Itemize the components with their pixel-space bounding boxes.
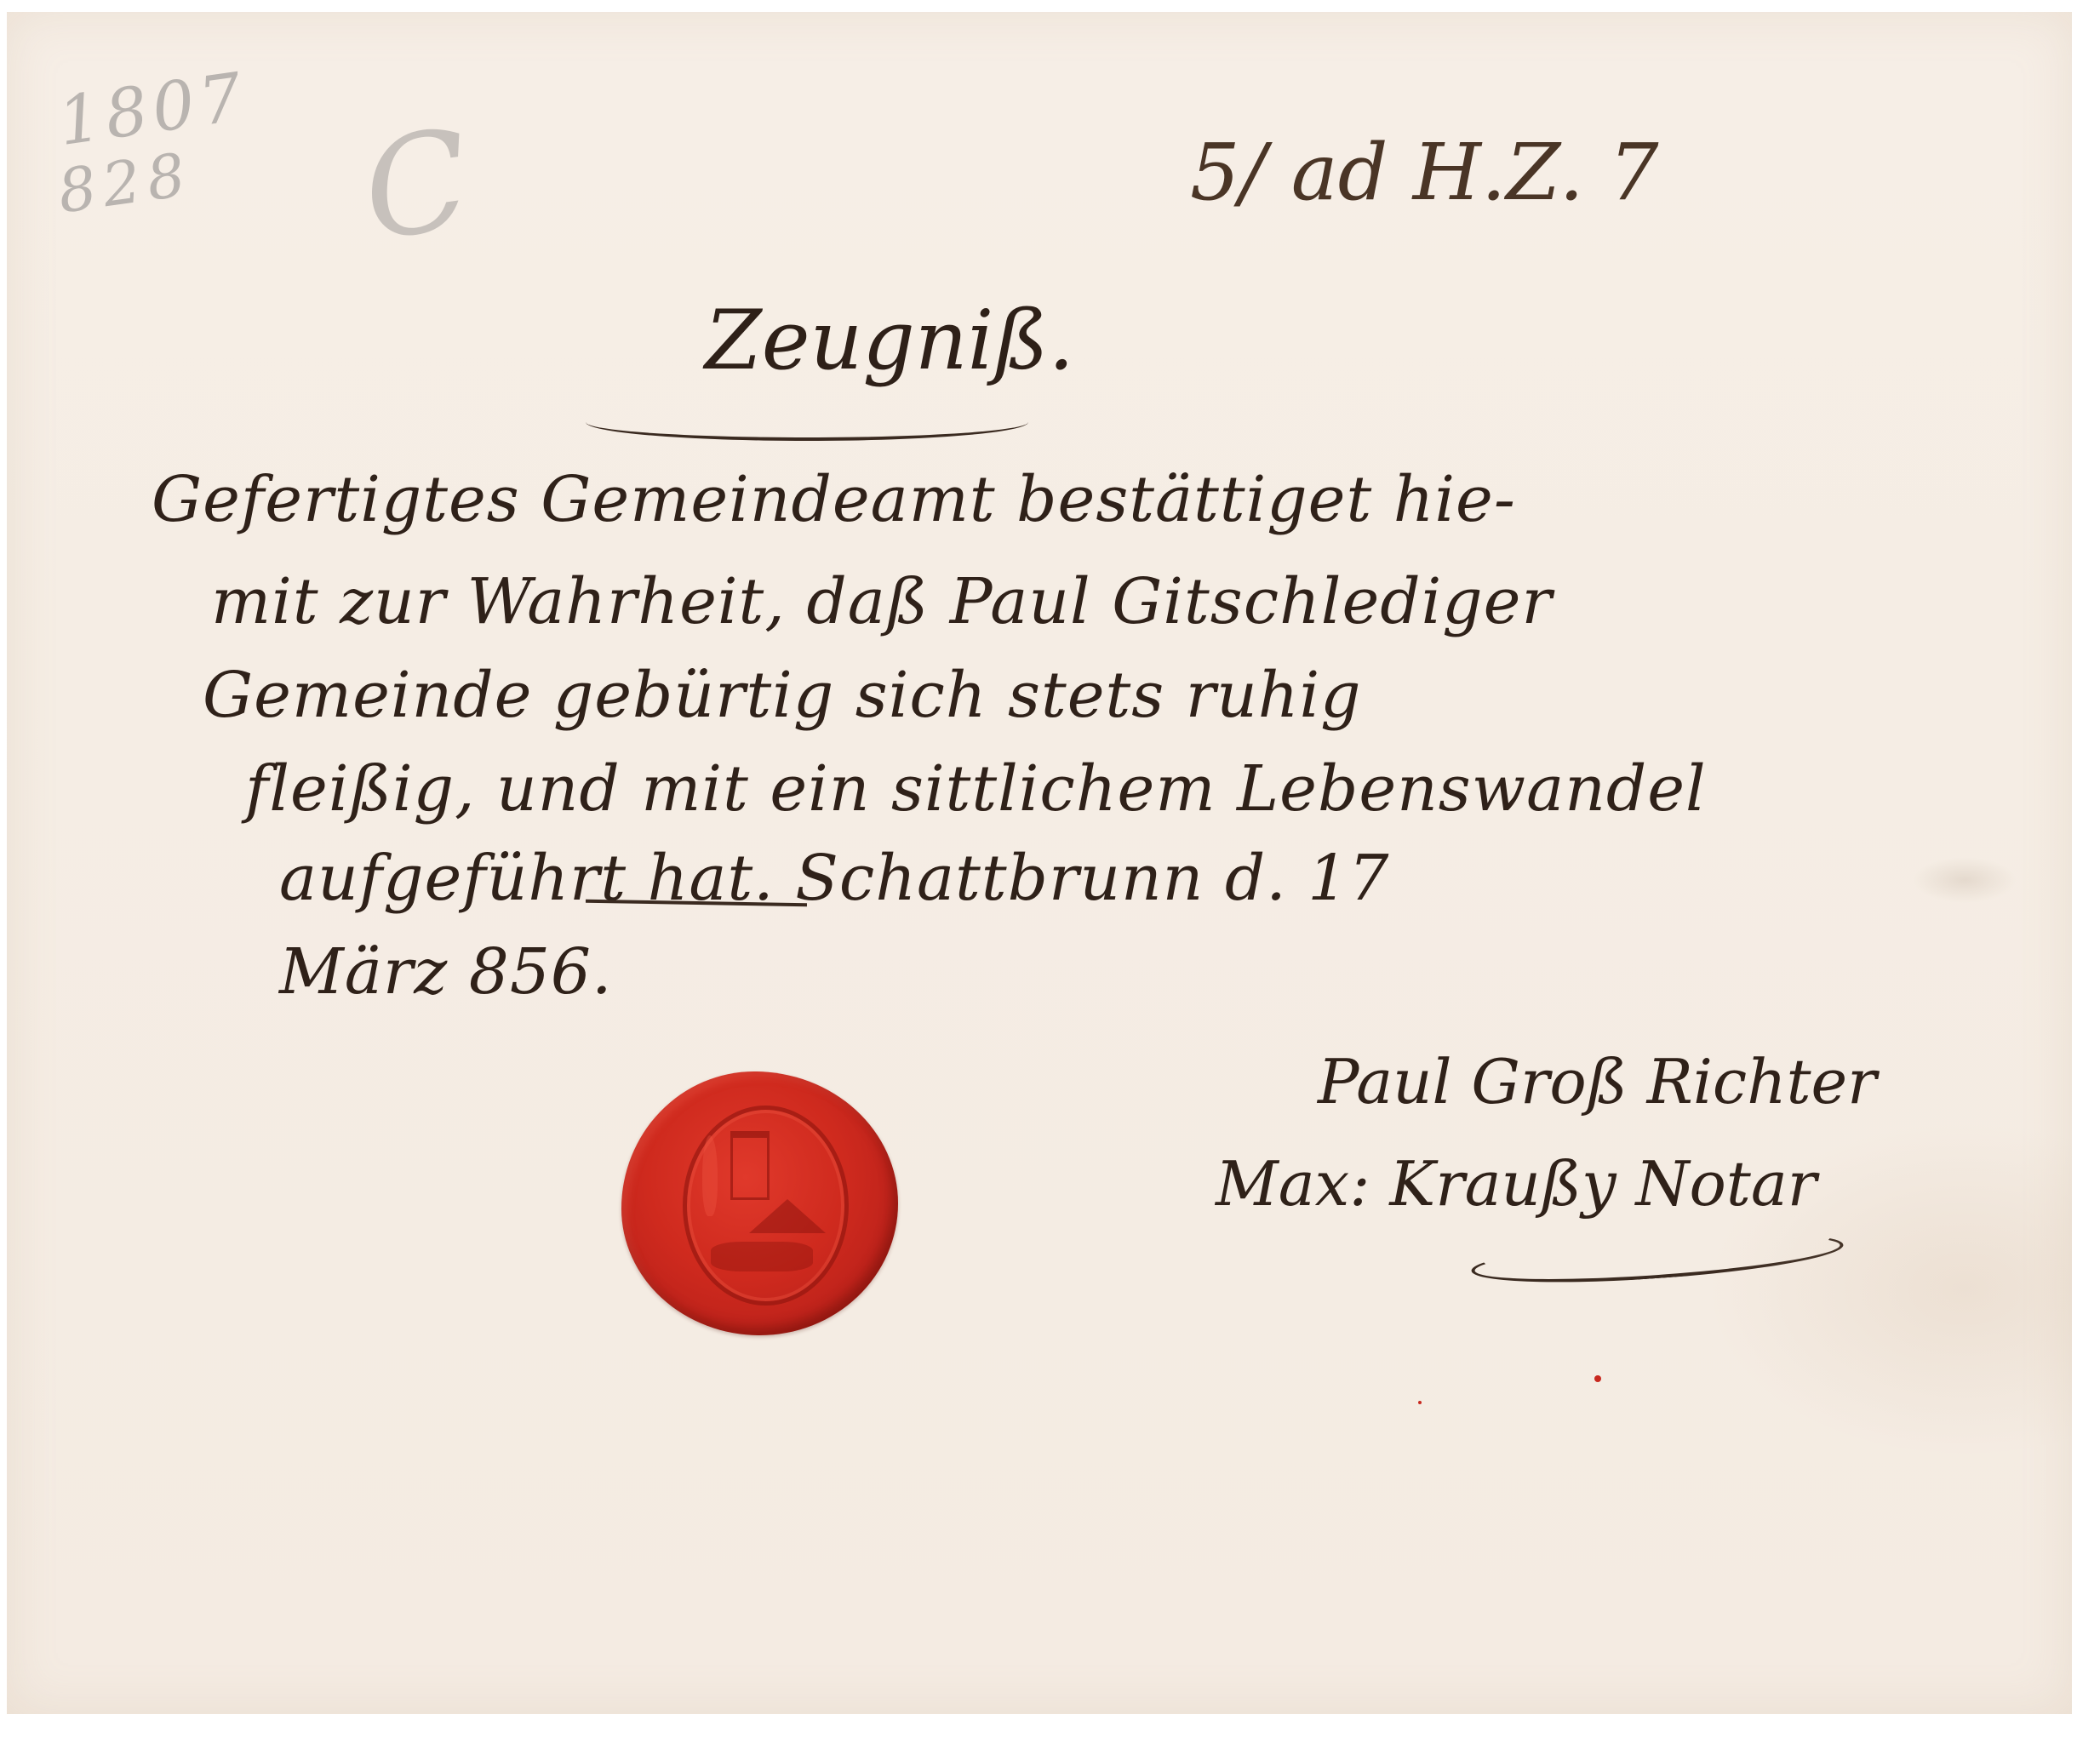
signature-notary: Max: Kraußy Notar xyxy=(1216,1148,1817,1220)
reference-number: 5/ ad H.Z. 7 xyxy=(1190,127,1659,218)
wax-seal xyxy=(621,1071,898,1335)
body-line-6-date: März 856. xyxy=(279,935,613,1008)
wax-drip xyxy=(1594,1375,1601,1382)
seal-tower-icon xyxy=(730,1131,770,1200)
title-flourish xyxy=(586,403,1028,441)
document-title: Zeugniß. xyxy=(705,293,1074,388)
body-line-5: aufgeführt hat. Schattbrunn d. 17 xyxy=(279,842,1389,915)
wax-drip xyxy=(1418,1401,1422,1404)
body-line-4: fleißig, und mit ein sittlichem Lebenswa… xyxy=(245,752,1707,826)
pencil-initial: C xyxy=(354,99,479,271)
signature-flourish xyxy=(1470,1225,1845,1291)
document-paper: 1807 828 C 5/ ad H.Z. 7 Zeugniß. Geferti… xyxy=(7,12,2072,1714)
seal-figure-icon xyxy=(702,1135,718,1216)
body-line-2: mit zur Wahrheit, daß Paul Gitschlediger xyxy=(211,565,1553,638)
seal-base-icon xyxy=(711,1242,813,1271)
seal-roof-icon xyxy=(749,1199,826,1233)
body-line-3: Gemeinde gebürtig sich stets ruhig xyxy=(203,659,1361,732)
body-line-1: Gefertigtes Gemeindeamt bestättiget hie- xyxy=(152,463,1516,536)
signature-judge: Paul Groß Richter xyxy=(1318,1046,1877,1117)
